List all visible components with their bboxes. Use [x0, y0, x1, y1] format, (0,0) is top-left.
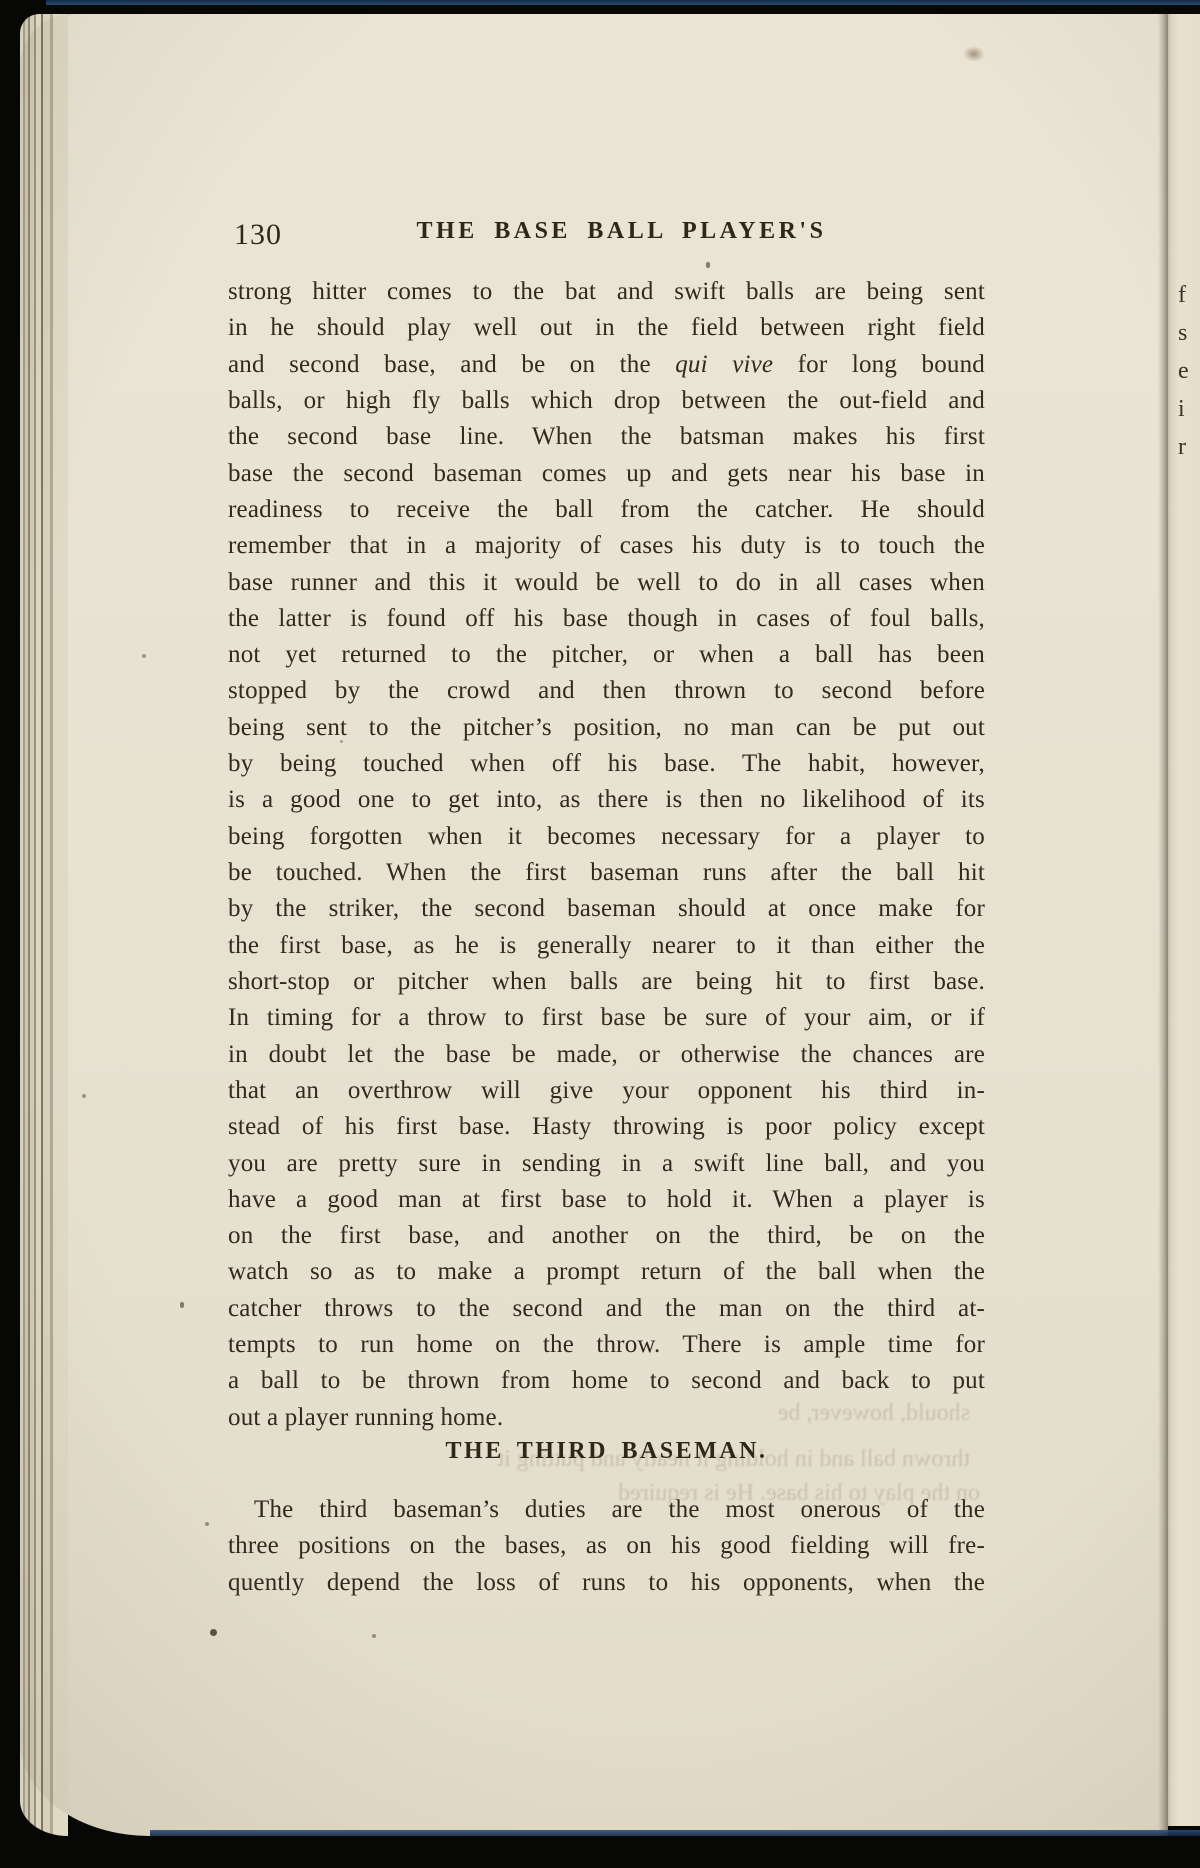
page-top-edge — [46, 0, 1200, 5]
text-line: quently depend the loss of runs to his o… — [228, 1565, 985, 1601]
ink-speck — [180, 1302, 184, 1308]
clipped-letter: e — [1178, 352, 1200, 390]
text-line: In timing for a throw to first base be s… — [228, 1000, 985, 1036]
text-line: on the first base, and another on the th… — [228, 1218, 985, 1254]
clipped-letter: i — [1178, 390, 1200, 428]
ink-speck — [210, 1629, 217, 1636]
text-line: tempts to run home on the throw. There i… — [228, 1327, 985, 1363]
text-line: you are pretty sure in sending in a swif… — [228, 1146, 985, 1182]
text-line: in he should play well out in the field … — [228, 310, 985, 346]
text-line: by being touched when off his base. The … — [228, 746, 985, 782]
text-line: three positions on the bases, as on his … — [228, 1528, 985, 1564]
page-number: 130 — [234, 218, 282, 252]
text-line: that an overthrow will give your opponen… — [228, 1073, 985, 1109]
book-page: should, however, be thrown ball and in h… — [20, 14, 1168, 1836]
ink-speck — [82, 1094, 86, 1098]
text-line: the first base, as he is generally neare… — [228, 928, 985, 964]
text-line: not yet returned to the pitcher, or when… — [228, 637, 985, 673]
stain — [963, 46, 985, 62]
text-line: the latter is found off his base though … — [228, 601, 985, 637]
text-line: base runner and this it would be well to… — [228, 565, 985, 601]
text-line: catcher throws to the second and the man… — [228, 1291, 985, 1327]
book-scan: f s e i r should, however, be thrown bal… — [0, 0, 1200, 1868]
text-line: base the second baseman comes up and get… — [228, 456, 985, 492]
page-edge-stack — [20, 14, 68, 1836]
page-bottom-edge — [150, 1830, 1200, 1836]
paragraph-second-baseman: strong hitter comes to the bat and swift… — [228, 274, 985, 1436]
text-column: 130 THE BASE BALL PLAYER'S strong hitter… — [228, 14, 985, 1836]
text-line: the second base line. When the batsman m… — [228, 419, 985, 455]
text-line: short-stop or pitcher when balls are bei… — [228, 964, 985, 1000]
clipped-letter: r — [1178, 428, 1200, 466]
ink-speck — [205, 1522, 209, 1526]
next-page-edge: f s e i r — [1166, 14, 1200, 1826]
text-line: be touched. When the first baseman runs … — [228, 855, 985, 891]
clipped-letter: f — [1178, 276, 1200, 314]
text-line: remember that in a majority of cases his… — [228, 528, 985, 564]
ink-speck — [142, 654, 146, 658]
page-header: 130 THE BASE BALL PLAYER'S — [228, 218, 985, 258]
text-line: a ball to be thrown from home to second … — [228, 1363, 985, 1399]
text-line: strong hitter comes to the bat and swift… — [228, 274, 985, 310]
italic-phrase: qui vive — [675, 351, 773, 378]
text-line: in doubt let the base be made, or otherw… — [228, 1037, 985, 1073]
section-heading: THE THIRD BASEMAN. — [228, 1438, 985, 1465]
page-gutter-shadow — [1158, 14, 1168, 1836]
text-line: out a player running home. — [228, 1400, 985, 1436]
text-line: The third baseman’s duties are the most … — [228, 1492, 985, 1528]
text-line: is a good one to get into, as there is t… — [228, 782, 985, 818]
next-page-clipped-text: f s e i r — [1178, 276, 1200, 466]
ink-speck — [340, 740, 343, 743]
ink-speck — [706, 262, 710, 268]
paragraph-third-baseman: The third baseman’s duties are the most … — [228, 1492, 985, 1601]
ink-speck — [372, 1634, 376, 1638]
text-line: have a good man at first base to hold it… — [228, 1182, 985, 1218]
text-line: stead of his first base. Hasty throwing … — [228, 1109, 985, 1145]
clipped-letter: s — [1178, 314, 1200, 352]
text-line: being forgotten when it becomes necessar… — [228, 819, 985, 855]
text-line: stopped by the crowd and then thrown to … — [228, 673, 985, 709]
text-line: watch so as to make a prompt return of t… — [228, 1254, 985, 1290]
text-line: and second base, and be on the qui vive … — [228, 347, 985, 383]
text-line: by the striker, the second baseman shoul… — [228, 891, 985, 927]
running-title: THE BASE BALL PLAYER'S — [228, 218, 985, 245]
text-line: readiness to receive the ball from the c… — [228, 492, 985, 528]
text-line: balls, or high fly balls which drop betw… — [228, 383, 985, 419]
